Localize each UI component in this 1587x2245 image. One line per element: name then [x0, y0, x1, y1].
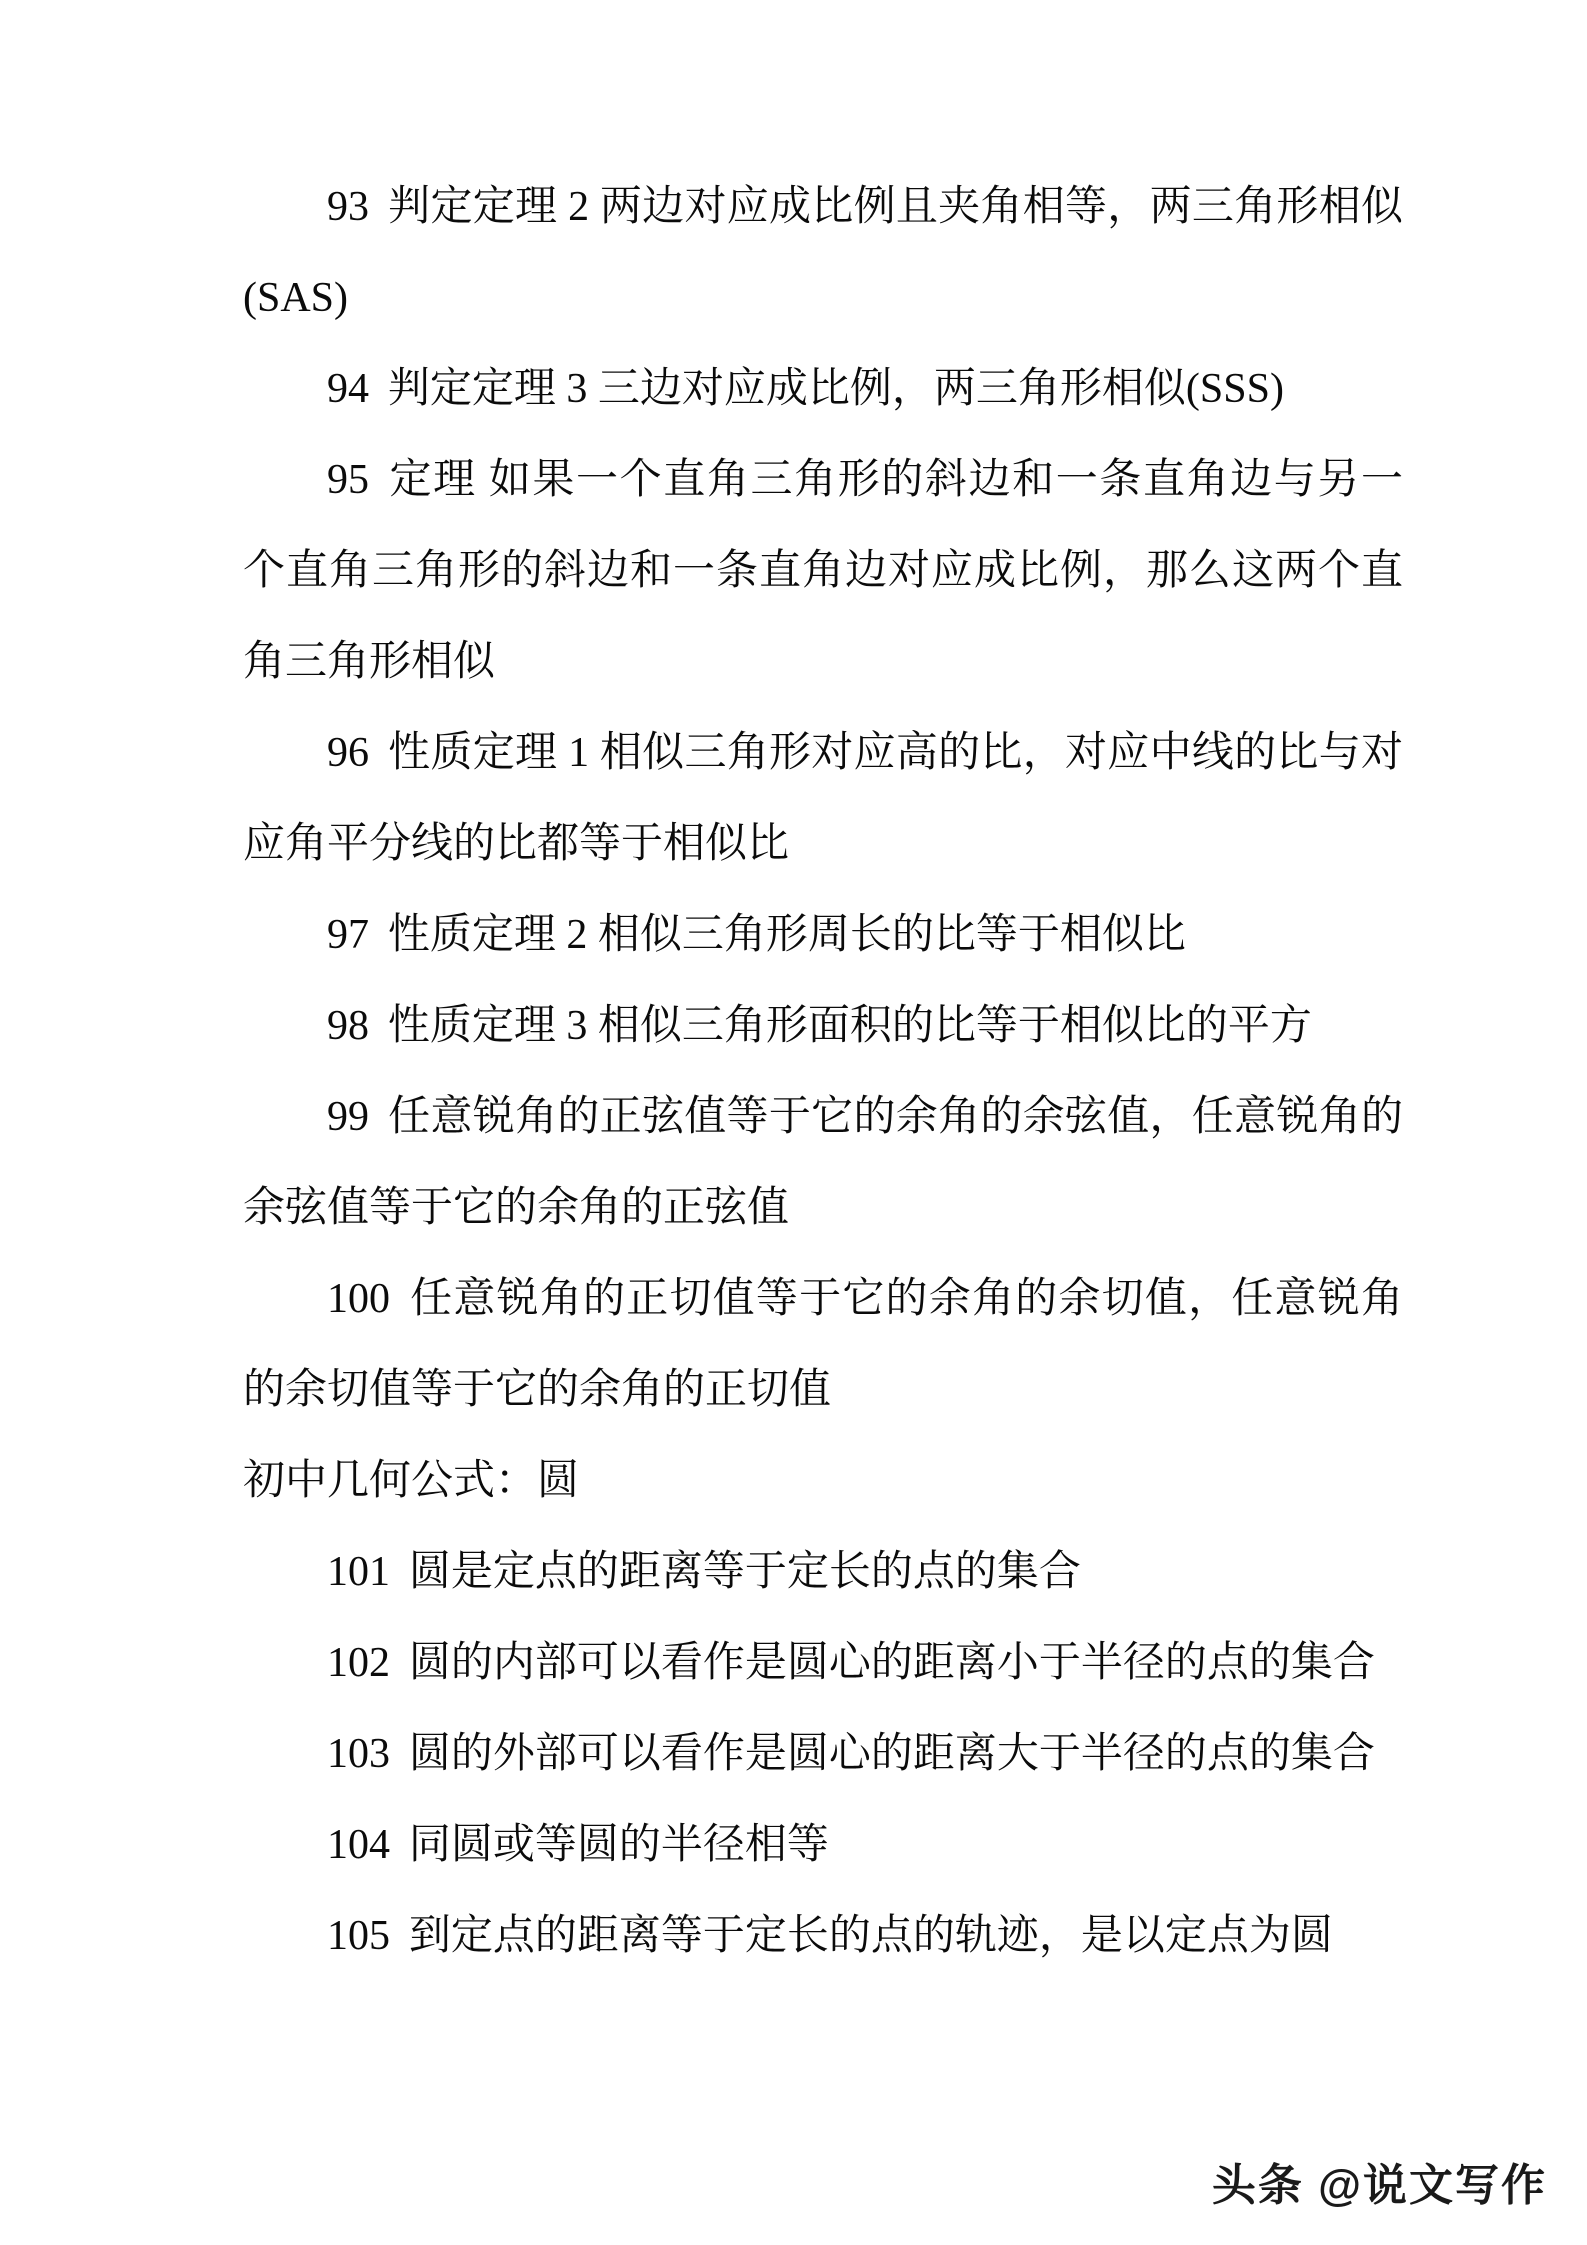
- theorem-item-98: 98性质定理 3 相似三角形面积的比等于相似比的平方: [243, 981, 1403, 1072]
- item-text: 同圆或等圆的半径相等: [409, 1822, 829, 1868]
- item-number: 104: [327, 1822, 390, 1868]
- theorem-item-104: 104同圆或等圆的半径相等: [243, 1800, 1403, 1891]
- item-text: 性质定理 1 相似三角形对应高的比，对应中线的比与对应角平分线的比都等于相似比: [243, 730, 1403, 867]
- item-number: 105: [327, 1913, 390, 1959]
- watermark: 头条 @说文写作: [1212, 2149, 1547, 2213]
- theorem-item-96: 96性质定理 1 相似三角形对应高的比，对应中线的比与对应角平分线的比都等于相似…: [243, 708, 1403, 890]
- item-text: 圆的外部可以看作是圆心的距离大于半径的点的集合: [409, 1731, 1375, 1777]
- theorem-item-103: 103圆的外部可以看作是圆心的距离大于半径的点的集合: [243, 1709, 1403, 1800]
- theorem-item-94: 94判定定理 3 三边对应成比例，两三角形相似(SSS): [243, 344, 1403, 435]
- theorem-item-100: 100任意锐角的正切值等于它的余角的余切值，任意锐角的余切值等于它的余角的正切值: [243, 1254, 1403, 1436]
- item-text: 任意锐角的正弦值等于它的余角的余弦值，任意锐角的余弦值等于它的余角的正弦值: [243, 1094, 1403, 1231]
- item-number: 93: [327, 184, 369, 230]
- item-text: 判定定理 3 三边对应成比例，两三角形相似(SSS): [388, 366, 1284, 412]
- section-title-circle: 初中几何公式：圆: [243, 1436, 1403, 1527]
- theorem-item-95: 95定理 如果一个直角三角形的斜边和一条直角边与另一个直角三角形的斜边和一条直角…: [243, 435, 1403, 708]
- item-number: 100: [327, 1276, 390, 1322]
- theorem-item-93: 93判定定理 2 两边对应成比例且夹角相等，两三角形相似(SAS): [243, 162, 1403, 344]
- theorem-item-105: 105到定点的距离等于定长的点的轨迹，是以定点为圆: [243, 1891, 1403, 1982]
- item-number: 98: [327, 1003, 369, 1049]
- item-text: 定理 如果一个直角三角形的斜边和一条直角边与另一个直角三角形的斜边和一条直角边对…: [243, 457, 1403, 685]
- item-text: 性质定理 3 相似三角形面积的比等于相似比的平方: [388, 1003, 1312, 1049]
- theorem-item-99: 99任意锐角的正弦值等于它的余角的余弦值，任意锐角的余弦值等于它的余角的正弦值: [243, 1072, 1403, 1254]
- item-number: 95: [327, 457, 369, 503]
- item-text: 圆是定点的距离等于定长的点的集合: [409, 1549, 1081, 1595]
- item-number: 101: [327, 1549, 390, 1595]
- item-text: 到定点的距离等于定长的点的轨迹，是以定点为圆: [409, 1913, 1333, 1959]
- item-number: 94: [327, 366, 369, 412]
- item-number: 103: [327, 1731, 390, 1777]
- theorem-item-101: 101圆是定点的距离等于定长的点的集合: [243, 1527, 1403, 1618]
- item-number: 97: [327, 912, 369, 958]
- item-number: 99: [327, 1094, 369, 1140]
- document-page: 93判定定理 2 两边对应成比例且夹角相等，两三角形相似(SAS) 94判定定理…: [0, 0, 1587, 2245]
- item-number: 96: [327, 730, 369, 776]
- item-number: 102: [327, 1640, 390, 1686]
- item-text: 性质定理 2 相似三角形周长的比等于相似比: [388, 912, 1186, 958]
- theorem-item-97: 97性质定理 2 相似三角形周长的比等于相似比: [243, 890, 1403, 981]
- item-text: 圆的内部可以看作是圆心的距离小于半径的点的集合: [409, 1640, 1375, 1686]
- item-text: 任意锐角的正切值等于它的余角的余切值，任意锐角的余切值等于它的余角的正切值: [243, 1276, 1403, 1413]
- item-text: 判定定理 2 两边对应成比例且夹角相等，两三角形相似(SAS): [243, 184, 1403, 321]
- text-content: 93判定定理 2 两边对应成比例且夹角相等，两三角形相似(SAS) 94判定定理…: [243, 162, 1403, 1982]
- theorem-item-102: 102圆的内部可以看作是圆心的距离小于半径的点的集合: [243, 1618, 1403, 1709]
